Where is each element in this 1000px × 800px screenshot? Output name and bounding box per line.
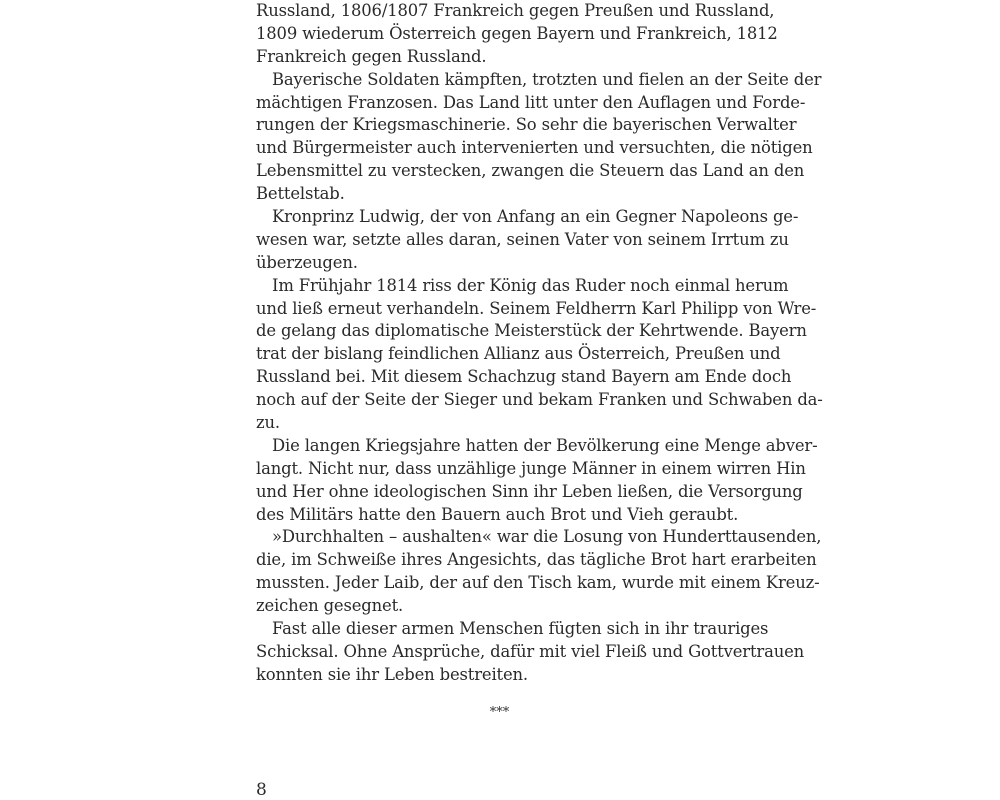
text-line: zeichen gesegnet. bbox=[256, 595, 743, 618]
text-line: konnten sie ihr Leben bestreiten. bbox=[256, 664, 743, 687]
text-line: Frankreich gegen Russland. bbox=[256, 46, 743, 69]
text-line: Die langen Kriegsjahre hatten der Bevölk… bbox=[256, 435, 743, 458]
text-line: Russland, 1806/1807 Frankreich gegen Pre… bbox=[256, 0, 743, 23]
text-line: und ließ erneut verhandeln. Seinem Feldh… bbox=[256, 298, 743, 321]
text-line: »Durchhalten – aushalten« war die Losung… bbox=[256, 526, 743, 549]
text-line: Kronprinz Ludwig, der von Anfang an ein … bbox=[256, 206, 743, 229]
text-line: zu. bbox=[256, 412, 743, 435]
text-line: Russland bei. Mit diesem Schachzug stand… bbox=[256, 366, 743, 389]
text-line: rungen der Kriegsmaschinerie. So sehr di… bbox=[256, 114, 743, 137]
text-line: trat der bislang feindlichen Allianz aus… bbox=[256, 343, 743, 366]
text-line: Lebensmittel zu verstecken, zwangen die … bbox=[256, 160, 743, 183]
text-line: mussten. Jeder Laib, der auf den Tisch k… bbox=[256, 572, 743, 595]
text-line: und Her ohne ideologischen Sinn ihr Lebe… bbox=[256, 481, 743, 504]
page-body-text: Russland, 1806/1807 Frankreich gegen Pre… bbox=[256, 0, 743, 687]
text-line: mächtigen Franzosen. Das Land litt unter… bbox=[256, 92, 743, 115]
text-line: überzeugen. bbox=[256, 252, 743, 275]
text-line: Bettelstab. bbox=[256, 183, 743, 206]
page-number: 8 bbox=[256, 780, 267, 800]
text-line: noch auf der Seite der Sieger und bekam … bbox=[256, 389, 743, 412]
text-line: des Militärs hatte den Bauern auch Brot … bbox=[256, 504, 743, 527]
text-line: Im Frühjahr 1814 riss der König das Rude… bbox=[256, 275, 743, 298]
text-line: de gelang das diplomatische Meisterstück… bbox=[256, 320, 743, 343]
text-line: langt. Nicht nur, dass unzählige junge M… bbox=[256, 458, 743, 481]
text-line: 1809 wiederum Österreich gegen Bayern un… bbox=[256, 23, 743, 46]
text-line: Fast alle dieser armen Menschen fügten s… bbox=[256, 618, 743, 641]
section-separator: *** bbox=[256, 705, 743, 720]
text-line: wesen war, setzte alles daran, seinen Va… bbox=[256, 229, 743, 252]
text-line: die, im Schweiße ihres Angesichts, das t… bbox=[256, 549, 743, 572]
text-line: Bayerische Soldaten kämpften, trotzten u… bbox=[256, 69, 743, 92]
text-line: Schicksal. Ohne Ansprüche, dafür mit vie… bbox=[256, 641, 743, 664]
text-line: und Bürgermeister auch intervenierten un… bbox=[256, 137, 743, 160]
